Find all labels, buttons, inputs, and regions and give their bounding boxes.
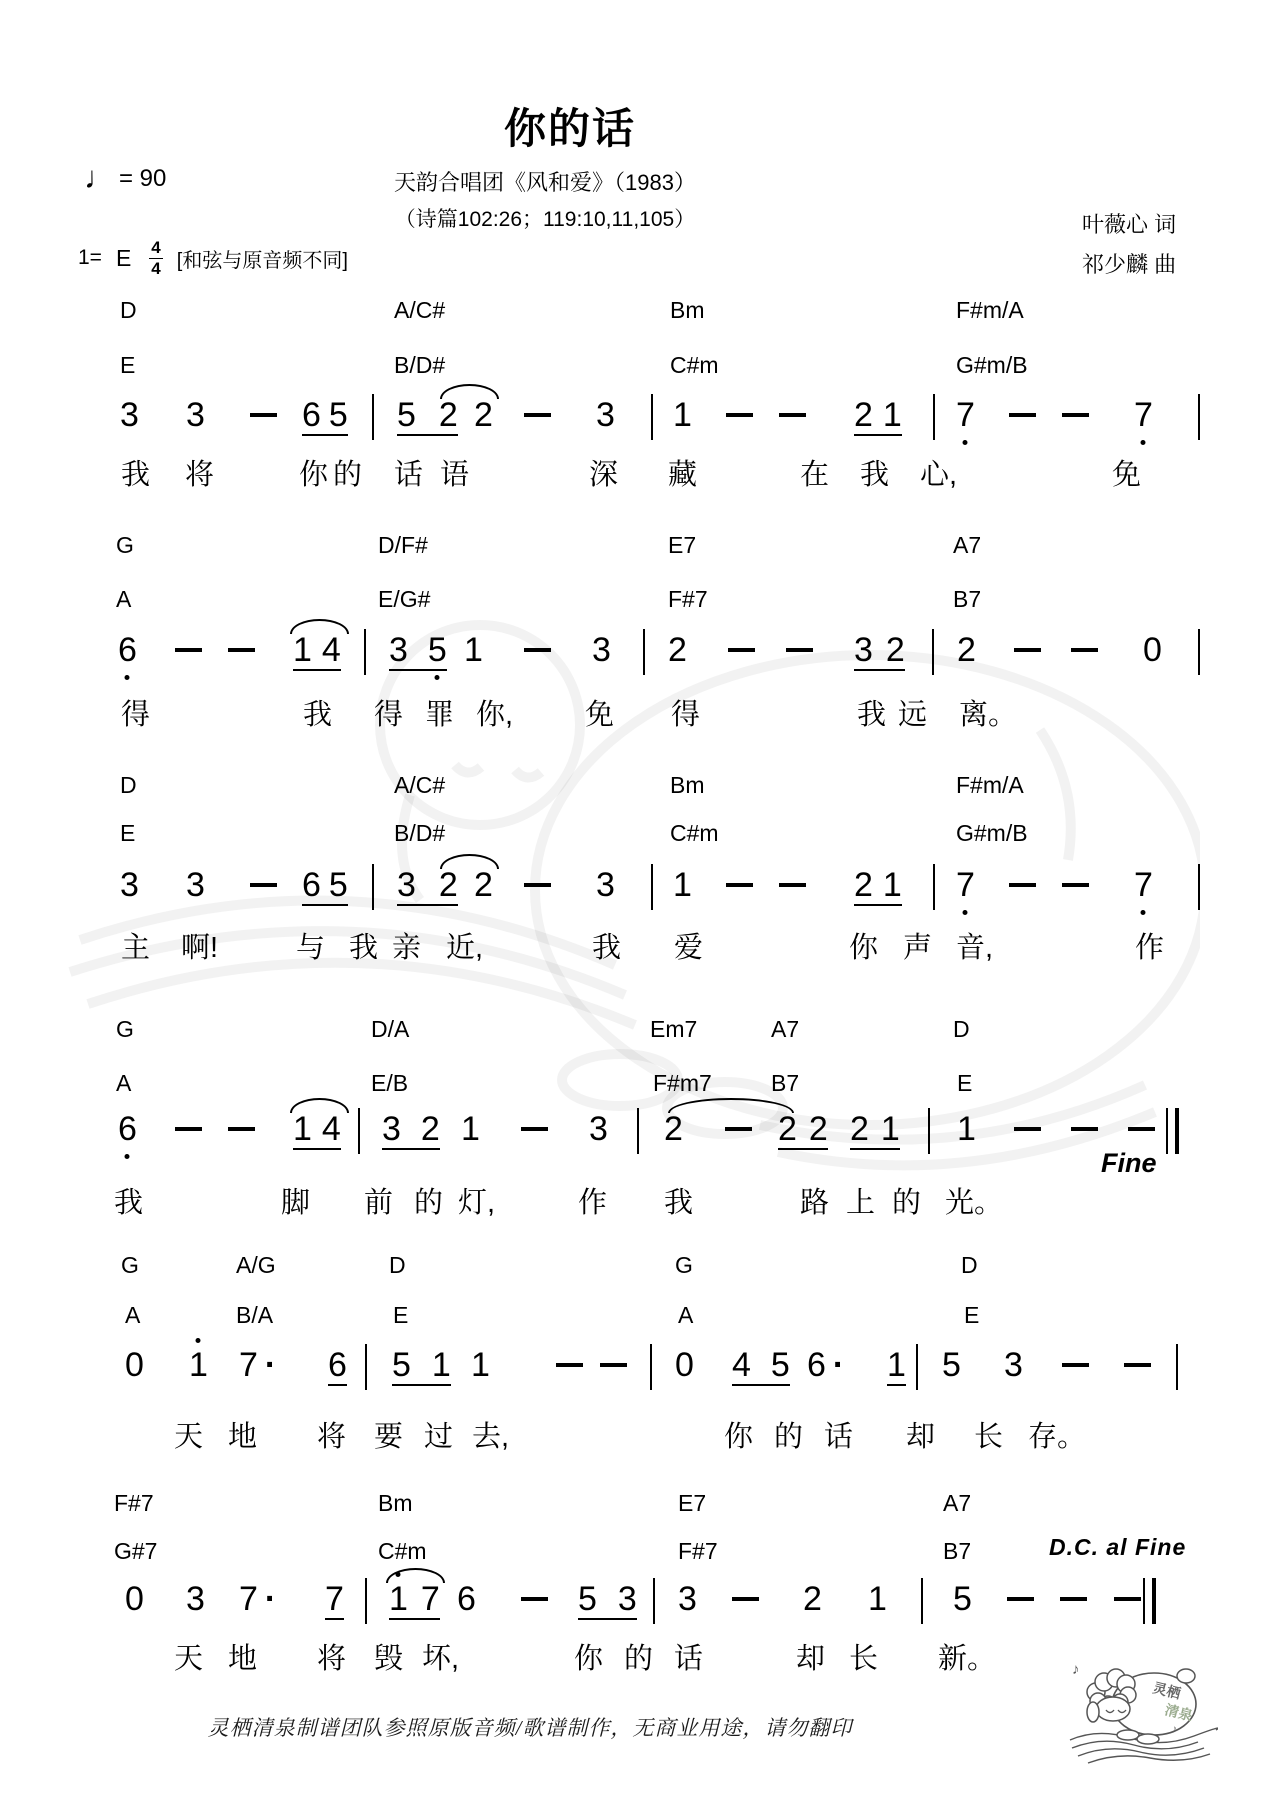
lyric-char: 地: [228, 1636, 257, 1677]
note-token: 7: [956, 398, 975, 432]
chord-label: D: [953, 1016, 970, 1043]
note-digits: 2: [803, 1582, 822, 1616]
note-digit: 1: [432, 1348, 451, 1382]
duration-dash: [524, 883, 551, 887]
note-digits: 0: [675, 1348, 694, 1382]
octave-dot-below: [125, 675, 130, 680]
note-token: 7: [1134, 868, 1153, 902]
chord-label: Em7: [650, 1016, 697, 1043]
barline: [653, 1578, 655, 1624]
lyric-char: 得: [671, 692, 700, 733]
lyric-char: 的: [624, 1636, 653, 1677]
note-digit: 5: [578, 1582, 597, 1616]
lyric-char: 主: [121, 925, 150, 966]
note-token: 65: [302, 398, 348, 436]
lyric-char: 你: [299, 452, 328, 493]
duration-dash: [779, 883, 806, 887]
note-token: 5: [953, 1582, 972, 1616]
note-digits: 2: [957, 633, 976, 667]
note-token: 3: [596, 868, 615, 902]
note-digits: 0: [1143, 633, 1162, 667]
beamed-note-group: 32: [382, 1112, 440, 1150]
note-digits: 6: [457, 1582, 476, 1616]
chord-label: F#7: [668, 586, 708, 613]
note-digits: 3: [678, 1582, 697, 1616]
sheet-music-page: 你的话 ♩= 90 天韵合唱团《风和爱》（1983） （诗篇102:26；119…: [0, 0, 1279, 1810]
note-token: 7·: [239, 1348, 276, 1382]
note-token: 14: [293, 1112, 341, 1150]
note-digit: 1: [673, 868, 692, 902]
chord-label: E/B: [371, 1070, 408, 1097]
note-token: 1: [464, 633, 483, 667]
chord-label: D/A: [371, 1016, 409, 1043]
tie-slur-arc: [440, 384, 499, 399]
chord-label: D: [120, 772, 137, 799]
note-digit: 0: [125, 1582, 144, 1616]
note-digit: 5: [953, 1582, 972, 1616]
chord-label: D: [389, 1252, 406, 1279]
note-digits: 3: [1004, 1348, 1023, 1382]
duration-dash: [250, 883, 277, 887]
note-token: 2: [664, 1112, 683, 1146]
lyric-char: 离。: [959, 692, 1017, 733]
note-token: 1: [673, 868, 692, 902]
octave-dot-below: [1141, 910, 1146, 915]
chord-label: F#m/A: [956, 297, 1024, 324]
beamed-note-group: 21: [854, 398, 902, 436]
note-token: 3: [592, 633, 611, 667]
duration-dash: [1014, 648, 1041, 652]
lyric-char: 天: [174, 1414, 203, 1455]
note-digit: 4: [322, 1112, 341, 1146]
duration-dash: [726, 413, 753, 417]
song-title: 你的话: [0, 96, 1140, 156]
duration-dash: [1071, 1127, 1098, 1131]
chord-label: E7: [668, 532, 696, 559]
lyricist-credit: 叶薇心 词: [1082, 208, 1176, 239]
chord-label: A: [116, 586, 131, 613]
note-token: 32: [854, 633, 905, 671]
chord-remark: [和弦与原音频不同]: [177, 244, 348, 273]
note-digit: 2: [421, 1112, 440, 1146]
barline: [1198, 394, 1200, 440]
note-digit: 1: [471, 1348, 490, 1382]
note-digit: 1: [881, 1112, 900, 1146]
note-digit: 3: [596, 868, 615, 902]
note-token: 45: [732, 1348, 790, 1386]
note-token: 7·: [239, 1582, 276, 1616]
lyric-char: 光。: [945, 1180, 1003, 1221]
note-digits: 2: [474, 398, 493, 432]
lyric-char: 灯,: [458, 1180, 495, 1221]
note-token: 6: [328, 1348, 347, 1386]
beamed-note-group: 21: [850, 1112, 900, 1150]
note-token: 6: [457, 1582, 476, 1616]
octave-dot-below: [1141, 440, 1146, 445]
note-digit: 3: [1004, 1348, 1023, 1382]
note-digit: 4: [322, 633, 341, 667]
lyric-char: 新。: [938, 1636, 996, 1677]
chord-label: F#m/A: [956, 772, 1024, 799]
beamed-note-group: 6: [328, 1348, 347, 1386]
lyric-char: 话: [674, 1636, 703, 1677]
duration-dash: [1124, 1363, 1151, 1367]
note-digit: 3: [382, 1112, 401, 1146]
barline: [643, 629, 645, 675]
note-token: 22: [778, 1112, 828, 1150]
note-token: 3: [186, 1582, 205, 1616]
note-digit: 1: [957, 1112, 976, 1146]
note-digit: 0: [1143, 633, 1162, 667]
fine-mark: Fine: [1101, 1148, 1157, 1179]
note-token: 32: [382, 1112, 440, 1150]
note-digit: 3: [618, 1582, 637, 1616]
note-token: 2: [474, 398, 493, 432]
note-token: 3: [1004, 1348, 1023, 1382]
lyric-char: 啊!: [181, 925, 218, 966]
note-digits: 3: [589, 1112, 608, 1146]
octave-dot-below: [125, 1154, 130, 1159]
lyric-char: 我: [857, 692, 886, 733]
lyric-char: 藏: [668, 452, 697, 493]
note-digit: 3: [596, 398, 615, 432]
barline: [365, 1344, 367, 1390]
chord-label: Bm: [378, 1490, 413, 1517]
beamed-note-group: 65: [302, 398, 348, 436]
note-digit: 3: [854, 633, 873, 667]
note-token: 1: [887, 1348, 906, 1386]
note-digit: 2: [957, 633, 976, 667]
chord-label: G: [675, 1252, 693, 1279]
chord-label: G: [116, 532, 134, 559]
beamed-note-group: 17: [389, 1582, 440, 1620]
duration-dash: [250, 413, 277, 417]
chord-label: G#m/B: [956, 820, 1028, 847]
note-digit: 1: [868, 1582, 887, 1616]
note-digit: 3: [120, 398, 139, 432]
duration-dash: [1009, 413, 1036, 417]
note-digit: 2: [474, 398, 493, 432]
beamed-note-group: 65: [302, 868, 348, 906]
final-barline: [1143, 1578, 1156, 1624]
note-digit: 2: [854, 398, 873, 432]
lyric-char: 存。: [1028, 1414, 1086, 1455]
note-digit: 2: [668, 633, 687, 667]
note-digit: 7: [421, 1582, 440, 1616]
barline: [364, 629, 366, 675]
notes-row-1: 3365522312177: [0, 398, 1279, 446]
note-token: 3: [186, 868, 205, 902]
note-digit: 5: [942, 1348, 961, 1382]
music-note-small-icon: ♪: [1172, 1724, 1177, 1735]
beamed-note-group: 14: [293, 633, 341, 671]
duration-dash: [521, 1597, 548, 1601]
note-token: 21: [854, 398, 902, 436]
note-token: 0: [125, 1582, 144, 1616]
note-token: 2: [474, 868, 493, 902]
chord-label: E: [120, 820, 135, 847]
lyric-char: 与: [296, 925, 325, 966]
lyric-char: 上: [846, 1180, 875, 1221]
note-token: 2: [957, 633, 976, 667]
beamed-note-group: 53: [578, 1582, 637, 1620]
note-digits: 0: [125, 1348, 144, 1382]
note-digit: 7: [956, 868, 975, 902]
note-digits: 1: [471, 1348, 490, 1382]
note-token: 0: [1143, 633, 1162, 667]
key-signature-line: 1= E 4 4 [和弦与原音频不同]: [78, 236, 348, 280]
note-digits: 7: [239, 1582, 258, 1616]
chord-label: C#m: [378, 1538, 427, 1565]
note-digit: 1: [673, 398, 692, 432]
chord-label: A: [125, 1302, 140, 1329]
note-digit: 7: [325, 1582, 344, 1616]
note-digits: 7: [956, 398, 975, 432]
note-digit: 3: [186, 398, 205, 432]
note-digits: 1: [189, 1348, 208, 1382]
meter-denominator: 4: [151, 259, 160, 278]
barline: [1198, 629, 1200, 675]
lyric-char: 的: [333, 452, 362, 493]
note-digit: 6: [302, 398, 321, 432]
duration-dash: [1009, 883, 1036, 887]
barline: [933, 394, 935, 440]
duration-dash: [1062, 413, 1089, 417]
beamed-note-group: 21: [854, 868, 902, 906]
note-token: 52: [397, 398, 458, 436]
note-digit: 3: [120, 868, 139, 902]
duration-dash: [779, 413, 806, 417]
lyric-char: 却: [906, 1414, 935, 1455]
chord-label: D/F#: [378, 532, 428, 559]
note-digits: 7: [1134, 868, 1153, 902]
chord-label: D: [120, 297, 137, 324]
note-digit: 1: [883, 398, 902, 432]
note-digits: 5: [942, 1348, 961, 1382]
duration-dash: [786, 648, 813, 652]
note-token: 3: [120, 868, 139, 902]
note-digit: 6: [118, 1112, 137, 1146]
note-token: 32: [397, 868, 458, 906]
chord-label: E: [393, 1302, 408, 1329]
note-digits: 3: [596, 868, 615, 902]
notes-row-5: 017·65110456·153: [0, 1348, 1279, 1396]
composer-credit: 祁少麟 曲: [1082, 248, 1176, 279]
lyric-char: 作: [1135, 925, 1164, 966]
duration-dash: [1128, 1127, 1155, 1131]
lyric-char: 路: [800, 1180, 829, 1221]
dc-al-fine-mark: D.C. al Fine: [1049, 1534, 1186, 1561]
note-digit: 1: [189, 1348, 208, 1382]
note-digits: 1: [673, 398, 692, 432]
chord-label: A7: [953, 532, 981, 559]
chord-label: G: [121, 1252, 139, 1279]
chord-label: D: [961, 1252, 978, 1279]
note-digit: 2: [474, 868, 493, 902]
barline: [358, 1108, 360, 1154]
chord-label: E/G#: [378, 586, 430, 613]
note-token: 1: [957, 1112, 976, 1146]
note-token: 1: [471, 1348, 490, 1382]
lyric-char: 免: [1112, 452, 1141, 493]
note-token: 7: [956, 868, 975, 902]
lyric-char: 坏,: [422, 1636, 459, 1677]
barline: [916, 1344, 918, 1390]
note-digit: 1: [464, 633, 483, 667]
chord-label: B7: [953, 586, 981, 613]
duration-dash: [228, 1127, 255, 1131]
note-digit: 1: [293, 633, 312, 667]
chord-label: A: [116, 1070, 131, 1097]
lyric-char: 音,: [956, 925, 993, 966]
chord-label: A: [678, 1302, 693, 1329]
lyric-char: 得: [374, 692, 403, 733]
lyric-char: 毁: [374, 1636, 403, 1677]
octave-dot-above: [196, 1338, 201, 1343]
lyric-char: 过: [424, 1414, 453, 1455]
note-digits: 1: [868, 1582, 887, 1616]
lyric-char: 我: [860, 452, 889, 493]
notes-row-3: 3365322312177: [0, 868, 1279, 916]
note-digits: 3: [120, 398, 139, 432]
chord-label: F#7: [678, 1538, 718, 1565]
beamed-note-group: 32: [854, 633, 905, 671]
lyric-char: 话: [394, 452, 423, 493]
note-token: 35: [389, 633, 447, 671]
lyric-char: 我: [592, 925, 621, 966]
note-digits: 3: [186, 398, 205, 432]
chord-label: B7: [943, 1538, 971, 1565]
lyric-char: 得: [121, 692, 150, 733]
lyric-char: 将: [317, 1636, 346, 1677]
note-digit: 2: [664, 1112, 683, 1146]
beamed-note-group: 35: [389, 633, 447, 671]
note-digits: 3: [592, 633, 611, 667]
duration-dash: [524, 413, 551, 417]
barline: [651, 394, 653, 440]
lyric-char: 我: [114, 1180, 143, 1221]
lyric-char: 爱: [674, 925, 703, 966]
note-digit: 2: [809, 1112, 828, 1146]
lyric-char: 地: [228, 1414, 257, 1455]
note-digit: 5: [428, 633, 447, 667]
note-digit: 6: [457, 1582, 476, 1616]
note-digits: 6: [118, 1112, 137, 1146]
duration-dash: [1071, 648, 1098, 652]
note-digit: 2: [803, 1582, 822, 1616]
chord-label: A/G: [236, 1252, 276, 1279]
chord-label: A/C#: [394, 297, 445, 324]
note-token: 6: [118, 1112, 137, 1146]
duration-dash: [524, 648, 551, 652]
note-token: 65: [302, 868, 348, 906]
note-token: 5: [942, 1348, 961, 1382]
lyric-char: 脚: [281, 1180, 310, 1221]
note-token: 14: [293, 633, 341, 671]
duration-dash: [228, 648, 255, 652]
note-digit: 7: [1134, 398, 1153, 432]
barline: [1198, 864, 1200, 910]
octave-dot-below: [963, 440, 968, 445]
note-digit: 1: [389, 1582, 408, 1616]
notes-row-6: 037·7176533215: [0, 1582, 1279, 1630]
lyric-char: 的: [414, 1180, 443, 1221]
note-digits: 3: [596, 398, 615, 432]
lyric-char: 的: [774, 1414, 803, 1455]
duration-dash: [1014, 1127, 1041, 1131]
lyric-char: 话: [824, 1414, 853, 1455]
beamed-note-group: 45: [732, 1348, 790, 1386]
lyric-char: 我: [349, 925, 378, 966]
note-digit: 3: [186, 868, 205, 902]
tie-slur-arc: [386, 1568, 445, 1583]
augmentation-dot: ·: [265, 1582, 276, 1616]
note-token: 2: [668, 633, 687, 667]
barline: [932, 629, 934, 675]
note-digit: 6: [328, 1348, 347, 1382]
note-digit: 5: [329, 398, 348, 432]
notes-row-4: 6143213222211: [0, 1112, 1279, 1160]
note-digit: 7: [956, 398, 975, 432]
note-token: 53: [578, 1582, 637, 1620]
lyric-char: 罪: [425, 692, 454, 733]
note-token: 7: [1134, 398, 1153, 432]
note-digits: 7: [1134, 398, 1153, 432]
note-token: 7: [325, 1582, 344, 1620]
note-digit: 7: [239, 1582, 258, 1616]
chord-label: A/C#: [394, 772, 445, 799]
beamed-note-group: 52: [397, 398, 458, 436]
lyric-char: 你,: [476, 692, 513, 733]
chord-label: E: [957, 1070, 972, 1097]
beamed-note-group: 7: [325, 1582, 344, 1620]
note-digit: 2: [850, 1112, 869, 1146]
barline: [372, 864, 374, 910]
note-digit: 5: [397, 398, 416, 432]
duration-dash: [521, 1127, 548, 1131]
chord-label: B7: [771, 1070, 799, 1097]
note-digit: 0: [675, 1348, 694, 1382]
note-digit: 5: [329, 868, 348, 902]
barline: [921, 1578, 923, 1624]
note-token: 1: [673, 398, 692, 432]
note-token: 1: [461, 1112, 480, 1146]
note-digit: 6: [302, 868, 321, 902]
note-digit: 3: [678, 1582, 697, 1616]
chord-label: A7: [943, 1490, 971, 1517]
note-digit: 3: [397, 868, 416, 902]
beamed-note-group: 32: [397, 868, 458, 906]
note-digits: 6: [118, 633, 137, 667]
note-token: 3: [120, 398, 139, 432]
note-digits: 1: [464, 633, 483, 667]
note-digits: 1: [673, 868, 692, 902]
octave-dot-below: [435, 675, 440, 680]
note-token: 21: [850, 1112, 900, 1150]
note-token: 1: [189, 1348, 208, 1382]
lyric-char: 你: [574, 1636, 603, 1677]
note-token: 0: [125, 1348, 144, 1382]
note-token: 2: [803, 1582, 822, 1616]
note-digits: 1: [461, 1112, 480, 1146]
chord-label: E7: [678, 1490, 706, 1517]
barline: [651, 864, 653, 910]
barline: [365, 1578, 367, 1624]
beamed-note-group: 1: [887, 1348, 906, 1386]
lyric-char: 要: [374, 1414, 403, 1455]
note-token: 3: [186, 398, 205, 432]
note-digits: 7: [956, 868, 975, 902]
